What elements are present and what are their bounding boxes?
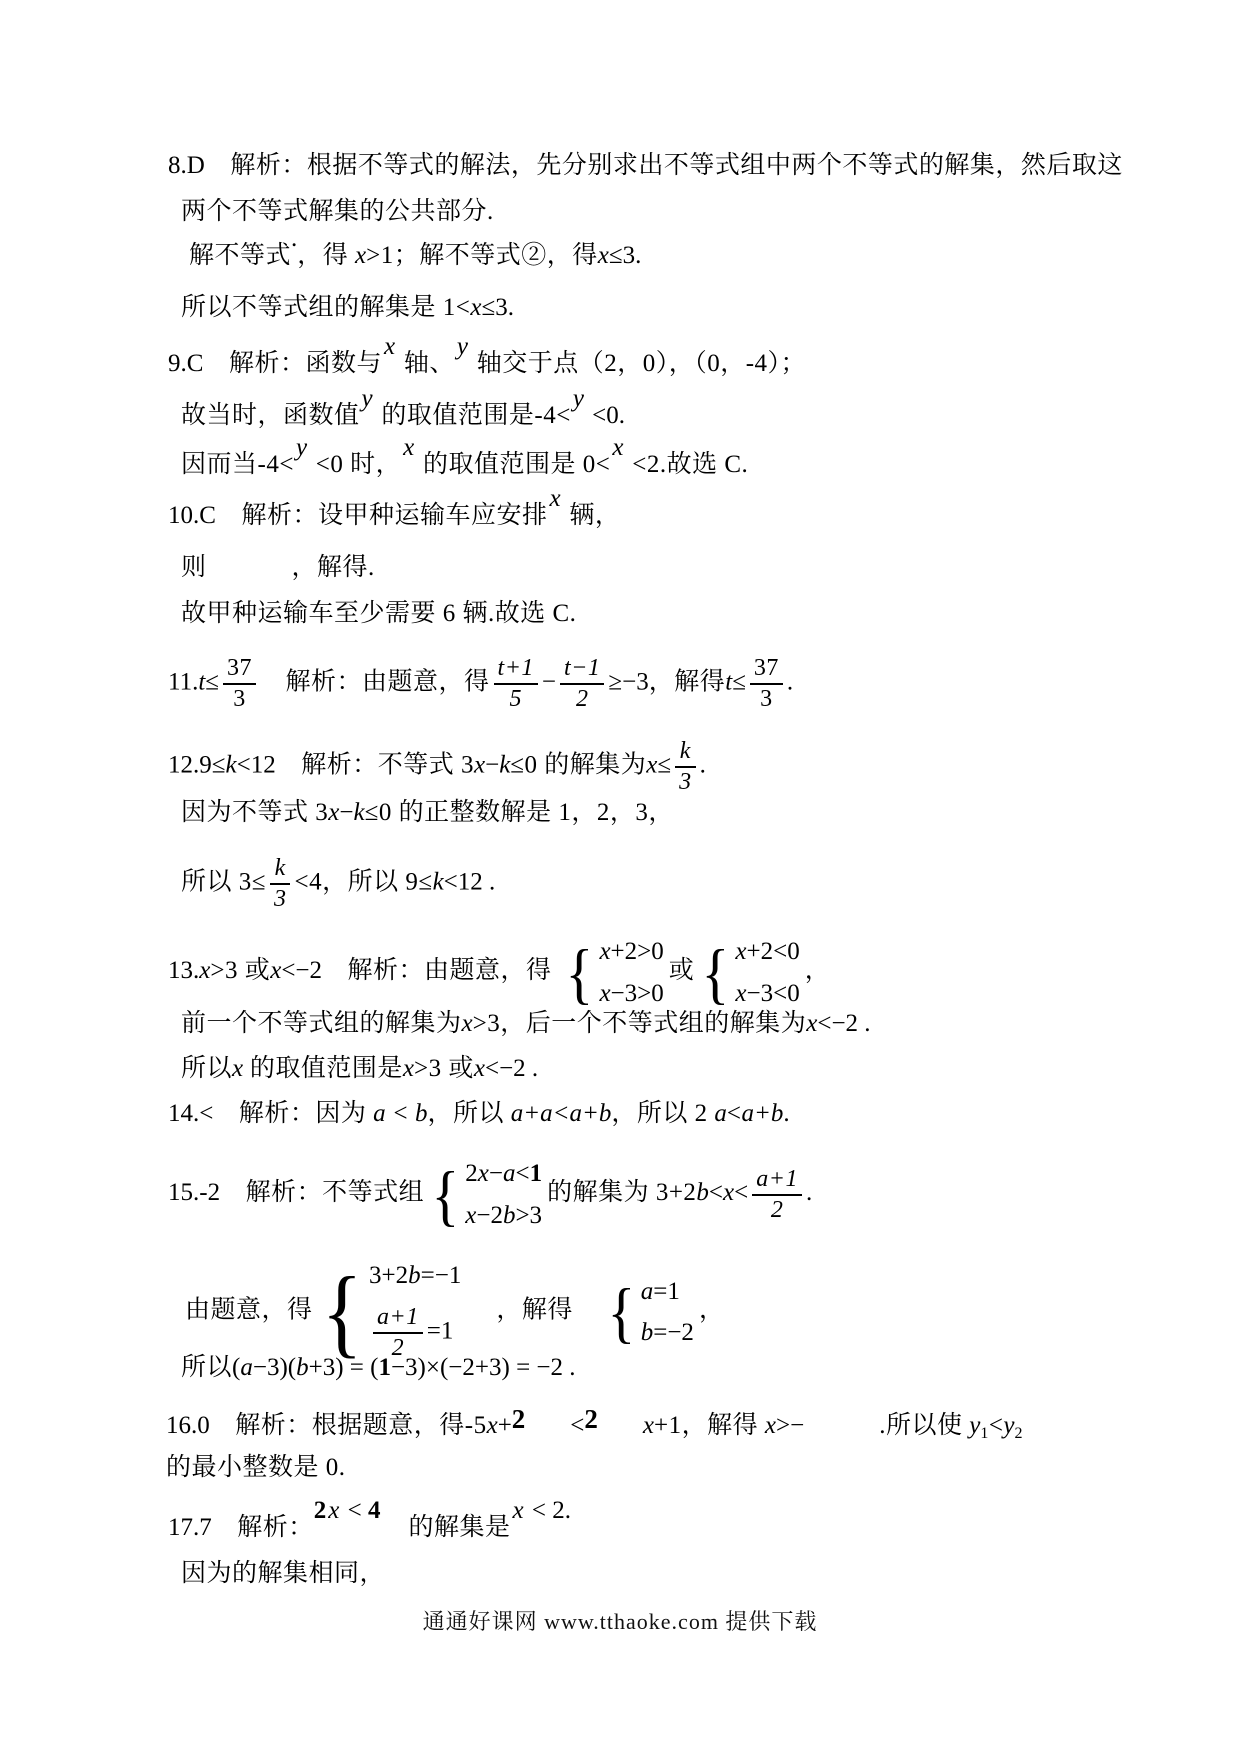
math-segment: x	[487, 1412, 498, 1439]
math-segment: −	[485, 752, 499, 779]
text-segment: 解析：由题意，得	[322, 957, 558, 984]
text-segment: <0 时，	[309, 451, 401, 478]
math-segment: −3<0	[747, 980, 800, 1007]
math-segment: k	[499, 752, 510, 779]
math-segment: x	[474, 752, 485, 779]
text-segment: 的解集是	[408, 1514, 510, 1541]
fraction-denominator: 2	[560, 683, 604, 713]
fraction-numerator: 37	[223, 655, 256, 683]
math-segment: +	[498, 1412, 512, 1439]
text-segment: 辆，	[563, 502, 621, 529]
math-segment: 10.C	[168, 502, 216, 529]
math-segment: −	[489, 1160, 503, 1187]
text-segment: 解析：	[212, 1514, 314, 1541]
left-brace-icon: {	[702, 939, 730, 1007]
inequality-system: {a=1b=−2	[605, 1278, 694, 1347]
text-segment: >1；解不等式②，得	[366, 242, 598, 269]
math-segment: .	[291, 225, 297, 252]
system-rows: 2x−a<1x−2b>3	[465, 1160, 542, 1229]
text-segment: ≤0 的解集为	[510, 752, 646, 779]
math-segment: ≤	[732, 669, 746, 696]
fraction-numerator: a+1	[373, 1304, 423, 1332]
math-segment: y	[360, 385, 375, 412]
text-segment: 的解集为 3+2	[547, 1179, 696, 1206]
math-segment: .	[787, 669, 793, 696]
text-segment: >3 或	[414, 1055, 474, 1082]
math-segment: x	[403, 1055, 414, 1082]
math-segment: 12.9≤	[168, 752, 225, 779]
math-segment: <12 .	[444, 869, 496, 896]
math-segment: <	[570, 1412, 584, 1439]
text-segment: ，解得	[649, 669, 726, 696]
math-segment: .	[806, 1179, 812, 1206]
math-segment: x	[610, 434, 625, 461]
text-segment: ，所以 2	[611, 1100, 714, 1127]
math-segment: +2<0	[747, 938, 800, 965]
system-row: x−3<0	[735, 980, 799, 1008]
math-segment: k	[433, 869, 444, 896]
text-segment: 的取值范围是	[243, 1055, 403, 1082]
fraction-numerator: a+1	[752, 1166, 802, 1194]
fraction-denominator: 3	[223, 683, 256, 713]
math-segment: x	[765, 1412, 776, 1439]
math-segment: b	[641, 1319, 654, 1346]
text-segment: <	[989, 1412, 1004, 1439]
inequality-system: {3+2b=−1a+12=1	[318, 1262, 462, 1362]
answer-10-line-2: 则，解得.	[181, 552, 375, 583]
text-segment: 解析：不等式 3	[276, 752, 474, 779]
answer-9-line-2: 故当时，函数值y 的取值范围是-4<y <0.	[181, 400, 625, 431]
text-segment: 的取值范围是 0<	[416, 451, 610, 478]
math-segment: =1	[427, 1317, 454, 1344]
fraction-numerator: t+1	[494, 655, 538, 683]
math-segment: x	[643, 1412, 654, 1439]
math-segment: 3+2	[369, 1262, 408, 1289]
text-segment: <4，所以 9≤	[294, 869, 432, 896]
math-segment: <12	[237, 752, 276, 779]
text-segment: 解析：由题意，得	[260, 669, 490, 696]
math-segment: <	[709, 1179, 723, 1206]
fraction: t−12	[560, 655, 604, 713]
system-row: x+2<0	[735, 938, 799, 966]
inequality-system: {2x−a<1x−2b>3	[429, 1160, 542, 1229]
text-segment: 的取值范围是-4<	[375, 402, 571, 429]
math-segment: 9.C	[168, 350, 203, 377]
answer-16-line-1: 16.0 解析：根据题意，得-5x+2<2x+1，解得 x>−.所以使 y1<y…	[166, 1408, 1023, 1444]
fraction-denominator: 3	[675, 766, 696, 796]
math-segment: +3) = (	[309, 1354, 379, 1381]
text-segment: 解析：根据不等式的解法，先分别求出不等式组中两个不等式的解集，然后取这	[205, 152, 1123, 179]
math-segment: 2	[465, 1160, 478, 1187]
math-segment: x	[270, 957, 281, 984]
system-row: x+2>0	[599, 938, 663, 966]
text-segment: <	[727, 1100, 742, 1127]
math-segment: x	[547, 485, 562, 512]
answer-10-line-1: 10.C 解析：设甲种运输车应安排x 辆，	[168, 500, 620, 531]
math-segment: 15.-2	[168, 1179, 220, 1206]
fraction-denominator: 3	[750, 683, 783, 713]
math-segment: 11.	[168, 669, 198, 696]
math-segment: <	[734, 1179, 748, 1206]
answer-8-line-3: 解不等式.，得 x>1；解不等式②，得x≤3.	[189, 240, 641, 271]
text-segment: 轴、	[397, 350, 455, 377]
answer-15-line-2: 由题意，得{3+2b=−1a+12=1，解得 {a=1b=−2，	[185, 1262, 724, 1362]
math-segment: −	[339, 799, 353, 826]
text-segment: 因为的解集相同，	[181, 1560, 385, 1587]
math-segment: 13.	[168, 957, 199, 984]
math-segment: x	[511, 1497, 526, 1524]
fraction-numerator: k	[675, 738, 696, 766]
math-segment: a	[641, 1278, 654, 1305]
math-segment: 2	[584, 1404, 598, 1434]
math-segment: ≤3.	[481, 294, 513, 321]
math-segment: ≤	[205, 669, 219, 696]
math-segment: 1	[530, 1160, 543, 1187]
text-segment: 所以	[181, 1354, 232, 1381]
math-segment: >−	[776, 1412, 804, 1439]
math-segment: x	[646, 752, 657, 779]
math-segment: a+a<a+b	[511, 1100, 612, 1127]
text-segment: >3，后一个不等式组的解集为	[473, 1010, 807, 1037]
math-segment: y	[455, 333, 470, 360]
fraction: 373	[223, 655, 256, 713]
math-segment: < 2.	[526, 1497, 571, 1524]
math-segment: a	[503, 1160, 516, 1187]
math-segment: x	[462, 1010, 473, 1037]
inequality-system: {x+2>0x−3>0	[563, 938, 663, 1007]
text-segment: 所以 3≤	[181, 869, 266, 896]
text-segment: ，所以	[428, 1100, 511, 1127]
math-segment: a < b	[373, 1100, 427, 1127]
math-segment: b	[296, 1354, 309, 1381]
fraction: k3	[270, 855, 291, 913]
math-segment: >3	[515, 1202, 542, 1229]
math-segment: a	[714, 1100, 727, 1127]
math-segment: x	[465, 1202, 476, 1229]
answer-17-line-2: 因为的解集相同，	[181, 1558, 385, 1589]
fraction: t+15	[494, 655, 538, 713]
answer-10-line-3: 故甲种运输车至少需要 6 辆.故选 C.	[181, 598, 576, 629]
math-segment: x	[232, 1055, 243, 1082]
text-segment: 轴交于点（2，0），（0，-4）；	[470, 350, 806, 377]
math-segment: x	[599, 980, 610, 1007]
math-segment: .	[700, 752, 706, 779]
text-segment: 解析：因为	[213, 1100, 373, 1127]
text-segment: 故甲种运输车至少需要 6 辆.故选 C.	[181, 600, 576, 627]
math-segment: −3>0	[611, 980, 664, 1007]
math-segment: y	[294, 434, 309, 461]
text-segment: 两个不等式解集的公共部分.	[181, 198, 494, 225]
inequality-system: {x+2<0x−3<0	[699, 938, 799, 1007]
answer-13-line-3: 所以x 的取值范围是x>3 或x<−2 .	[181, 1053, 538, 1084]
fraction-denominator: 5	[494, 683, 538, 713]
fraction: k3	[675, 738, 696, 796]
math-segment: 2	[512, 1404, 526, 1434]
text-segment: 因为不等式 3	[181, 799, 328, 826]
answer-13-line-2: 前一个不等式组的解集为x>3，后一个不等式组的解集为x<−2 .	[181, 1008, 871, 1039]
text-segment: 由题意，得	[185, 1297, 313, 1324]
answer-14-line-1: 14.< 解析：因为 a < b，所以 a+a<a+b，所以 2 a<a+b.	[168, 1098, 790, 1129]
math-segment: 4	[368, 1497, 381, 1524]
system-row: b=−2	[641, 1319, 694, 1347]
answer-8-line-4: 所以不等式组的解集是 1<x≤3.	[181, 292, 514, 323]
fraction: a+12	[752, 1166, 802, 1224]
system-row: 3+2b=−1	[369, 1262, 461, 1290]
math-segment: x	[478, 1160, 489, 1187]
math-segment: x	[735, 980, 746, 1007]
math-segment: x	[598, 242, 609, 269]
text-segment: .所以使	[879, 1412, 969, 1439]
math-segment: −2	[476, 1202, 503, 1229]
system-row: x−2b>3	[465, 1202, 542, 1230]
math-segment: 14.<	[168, 1100, 213, 1127]
math-segment: <−2	[281, 957, 322, 984]
system-rows: x+2<0x−3<0	[735, 938, 799, 1007]
answer-12-line-2: 因为不等式 3x−k≤0 的正整数解是 1，2，3，	[181, 797, 674, 828]
math-segment: <	[341, 1497, 368, 1524]
text-segment: 1	[980, 1425, 989, 1442]
answer-8-line-1: 8.D 解析：根据不等式的解法，先分别求出不等式组中两个不等式的解集，然后取这	[168, 150, 1123, 181]
math-segment: x	[199, 957, 210, 984]
math-segment: x	[474, 1055, 485, 1082]
text-segment: 因而当-4<	[181, 451, 294, 478]
left-brace-icon: {	[321, 1262, 362, 1362]
math-segment: x	[382, 333, 397, 360]
math-segment: −3)×(−2+3) = −2 .	[391, 1354, 576, 1381]
math-segment: b	[696, 1179, 709, 1206]
math-segment: b	[503, 1202, 516, 1229]
math-segment: x	[599, 938, 610, 965]
system-rows: 3+2b=−1a+12=1	[369, 1262, 461, 1361]
math-segment: =−2	[653, 1319, 694, 1346]
system-row: a=1	[641, 1278, 694, 1306]
answer-15-line-3: 所以(a−3)(b+3) = (1−3)×(−2+3) = −2 .	[181, 1352, 576, 1383]
text-segment: .	[783, 1100, 790, 1127]
fraction-numerator: t−1	[560, 655, 604, 683]
answer-12-line-1: 12.9≤k<12 解析：不等式 3x−k≤0 的解集为x≤k3.	[168, 738, 706, 796]
text-segment: 前一个不等式组的解集为	[181, 1010, 462, 1037]
math-segment: x	[470, 294, 481, 321]
left-brace-icon: {	[566, 939, 594, 1007]
math-segment: y	[571, 385, 586, 412]
answer-13-line-1: 13.x>3 或x<−2 解析：由题意，得 {x+2>0x−3>0或{x+2<0…	[168, 938, 830, 1007]
math-segment: x	[723, 1179, 734, 1206]
math-segment: 17.7	[168, 1514, 212, 1541]
text-segment: 所以不等式组的解集是 1<	[181, 294, 470, 321]
answer-17-line-1: 17.7 解析：2x < 4的解集是x < 2.	[168, 1512, 571, 1543]
math-segment: y	[969, 1412, 980, 1439]
footer-watermark: 通通好课网 www.tthaoke.com 提供下载	[0, 1605, 1240, 1636]
math-segment: k	[225, 752, 236, 779]
document-page: 通通好课网 www.tthaoke.com 提供下载 8.D 解析：根据不等式的…	[0, 0, 1240, 1754]
math-segment: k	[353, 799, 364, 826]
text-segment: 或	[669, 957, 695, 984]
text-segment: 故当时，函数值	[181, 402, 360, 429]
text-segment: 解析：根据题意，得-5	[210, 1412, 487, 1439]
math-segment: x	[806, 1010, 817, 1037]
text-segment: 解析：函数与	[203, 350, 382, 377]
text-segment: 则	[181, 554, 207, 581]
fraction-denominator: 3	[270, 883, 291, 913]
math-segment: x	[326, 1497, 341, 1524]
answer-9-line-3: 因而当-4<y <0 时，x 的取值范围是 0<x <2.故选 C.	[181, 449, 748, 480]
system-rows: x+2>0x−3>0	[599, 938, 663, 1007]
system-row: x−3>0	[599, 980, 663, 1008]
math-segment: 16.0	[166, 1412, 210, 1439]
text-segment: ，	[805, 957, 831, 984]
fraction: 373	[750, 655, 783, 713]
answer-11-line-1: 11.t≤373 解析：由题意，得t+15−t−12≥−3，解得t≤373.	[168, 655, 793, 713]
math-segment: x	[328, 799, 339, 826]
math-segment: ≥−3	[608, 669, 648, 696]
text-segment: 所以	[181, 1055, 232, 1082]
system-row: 2x−a<1	[465, 1160, 542, 1188]
answer-16-line-2: 的最小整数是 0.	[166, 1452, 346, 1483]
answer-15-line-1: 15.-2 解析：不等式组{2x−a<1x−2b>3的解集为 3+2b<x<a+…	[168, 1160, 812, 1229]
answer-9-line-1: 9.C 解析：函数与x 轴、y 轴交于点（2，0），（0，-4）；	[168, 348, 806, 379]
text-segment: ，	[699, 1297, 725, 1324]
math-segment: =1	[653, 1278, 680, 1305]
math-segment: ≤	[657, 752, 671, 779]
math-segment: a	[240, 1354, 253, 1381]
math-segment: b	[408, 1262, 421, 1289]
math-segment: a+b	[742, 1100, 784, 1127]
math-segment: ≤3.	[609, 242, 641, 269]
text-segment: ，得	[297, 242, 355, 269]
fraction-numerator: k	[270, 855, 291, 883]
fraction-numerator: 37	[750, 655, 783, 683]
text-segment: ，解得.	[292, 554, 375, 581]
text-segment: 2	[1015, 1425, 1024, 1442]
math-segment: x	[735, 938, 746, 965]
left-brace-icon: {	[432, 1161, 460, 1229]
math-segment: −3)(	[253, 1354, 296, 1381]
answer-12-line-3: 所以 3≤k3<4，所以 9≤k<12 .	[181, 855, 495, 913]
system-rows: a=1b=−2	[641, 1278, 694, 1347]
left-brace-icon: {	[607, 1278, 635, 1346]
text-segment: ≤0 的正整数解是 1，2，3，	[365, 799, 674, 826]
math-segment: 2	[314, 1497, 327, 1524]
math-segment: <	[515, 1160, 529, 1187]
text-segment: >3 或	[210, 957, 270, 984]
math-segment: 8.D	[168, 152, 205, 179]
text-segment: 的最小整数是 0.	[166, 1454, 346, 1481]
text-segment: +1，解得	[654, 1412, 765, 1439]
text-segment: 解不等式	[189, 242, 291, 269]
math-segment: <0.	[586, 402, 625, 429]
math-segment: <−2 .	[817, 1010, 870, 1037]
math-segment: +2>0	[611, 938, 664, 965]
fraction-denominator: 2	[752, 1194, 802, 1224]
math-segment: =−1	[421, 1262, 462, 1289]
math-segment: y	[1003, 1412, 1014, 1439]
math-segment: x	[401, 434, 416, 461]
math-segment: 1	[378, 1354, 391, 1381]
text-segment: 解析：设甲种运输车应安排	[216, 502, 548, 529]
text-segment: 解析：不等式组	[220, 1179, 424, 1206]
math-segment: <−2 .	[485, 1055, 538, 1082]
math-segment: −	[542, 669, 556, 696]
answer-8-line-2: 两个不等式解集的公共部分.	[181, 196, 494, 227]
text-segment: <2.故选 C.	[625, 451, 748, 478]
math-segment: x	[355, 242, 366, 269]
text-segment: ，解得	[496, 1297, 579, 1324]
